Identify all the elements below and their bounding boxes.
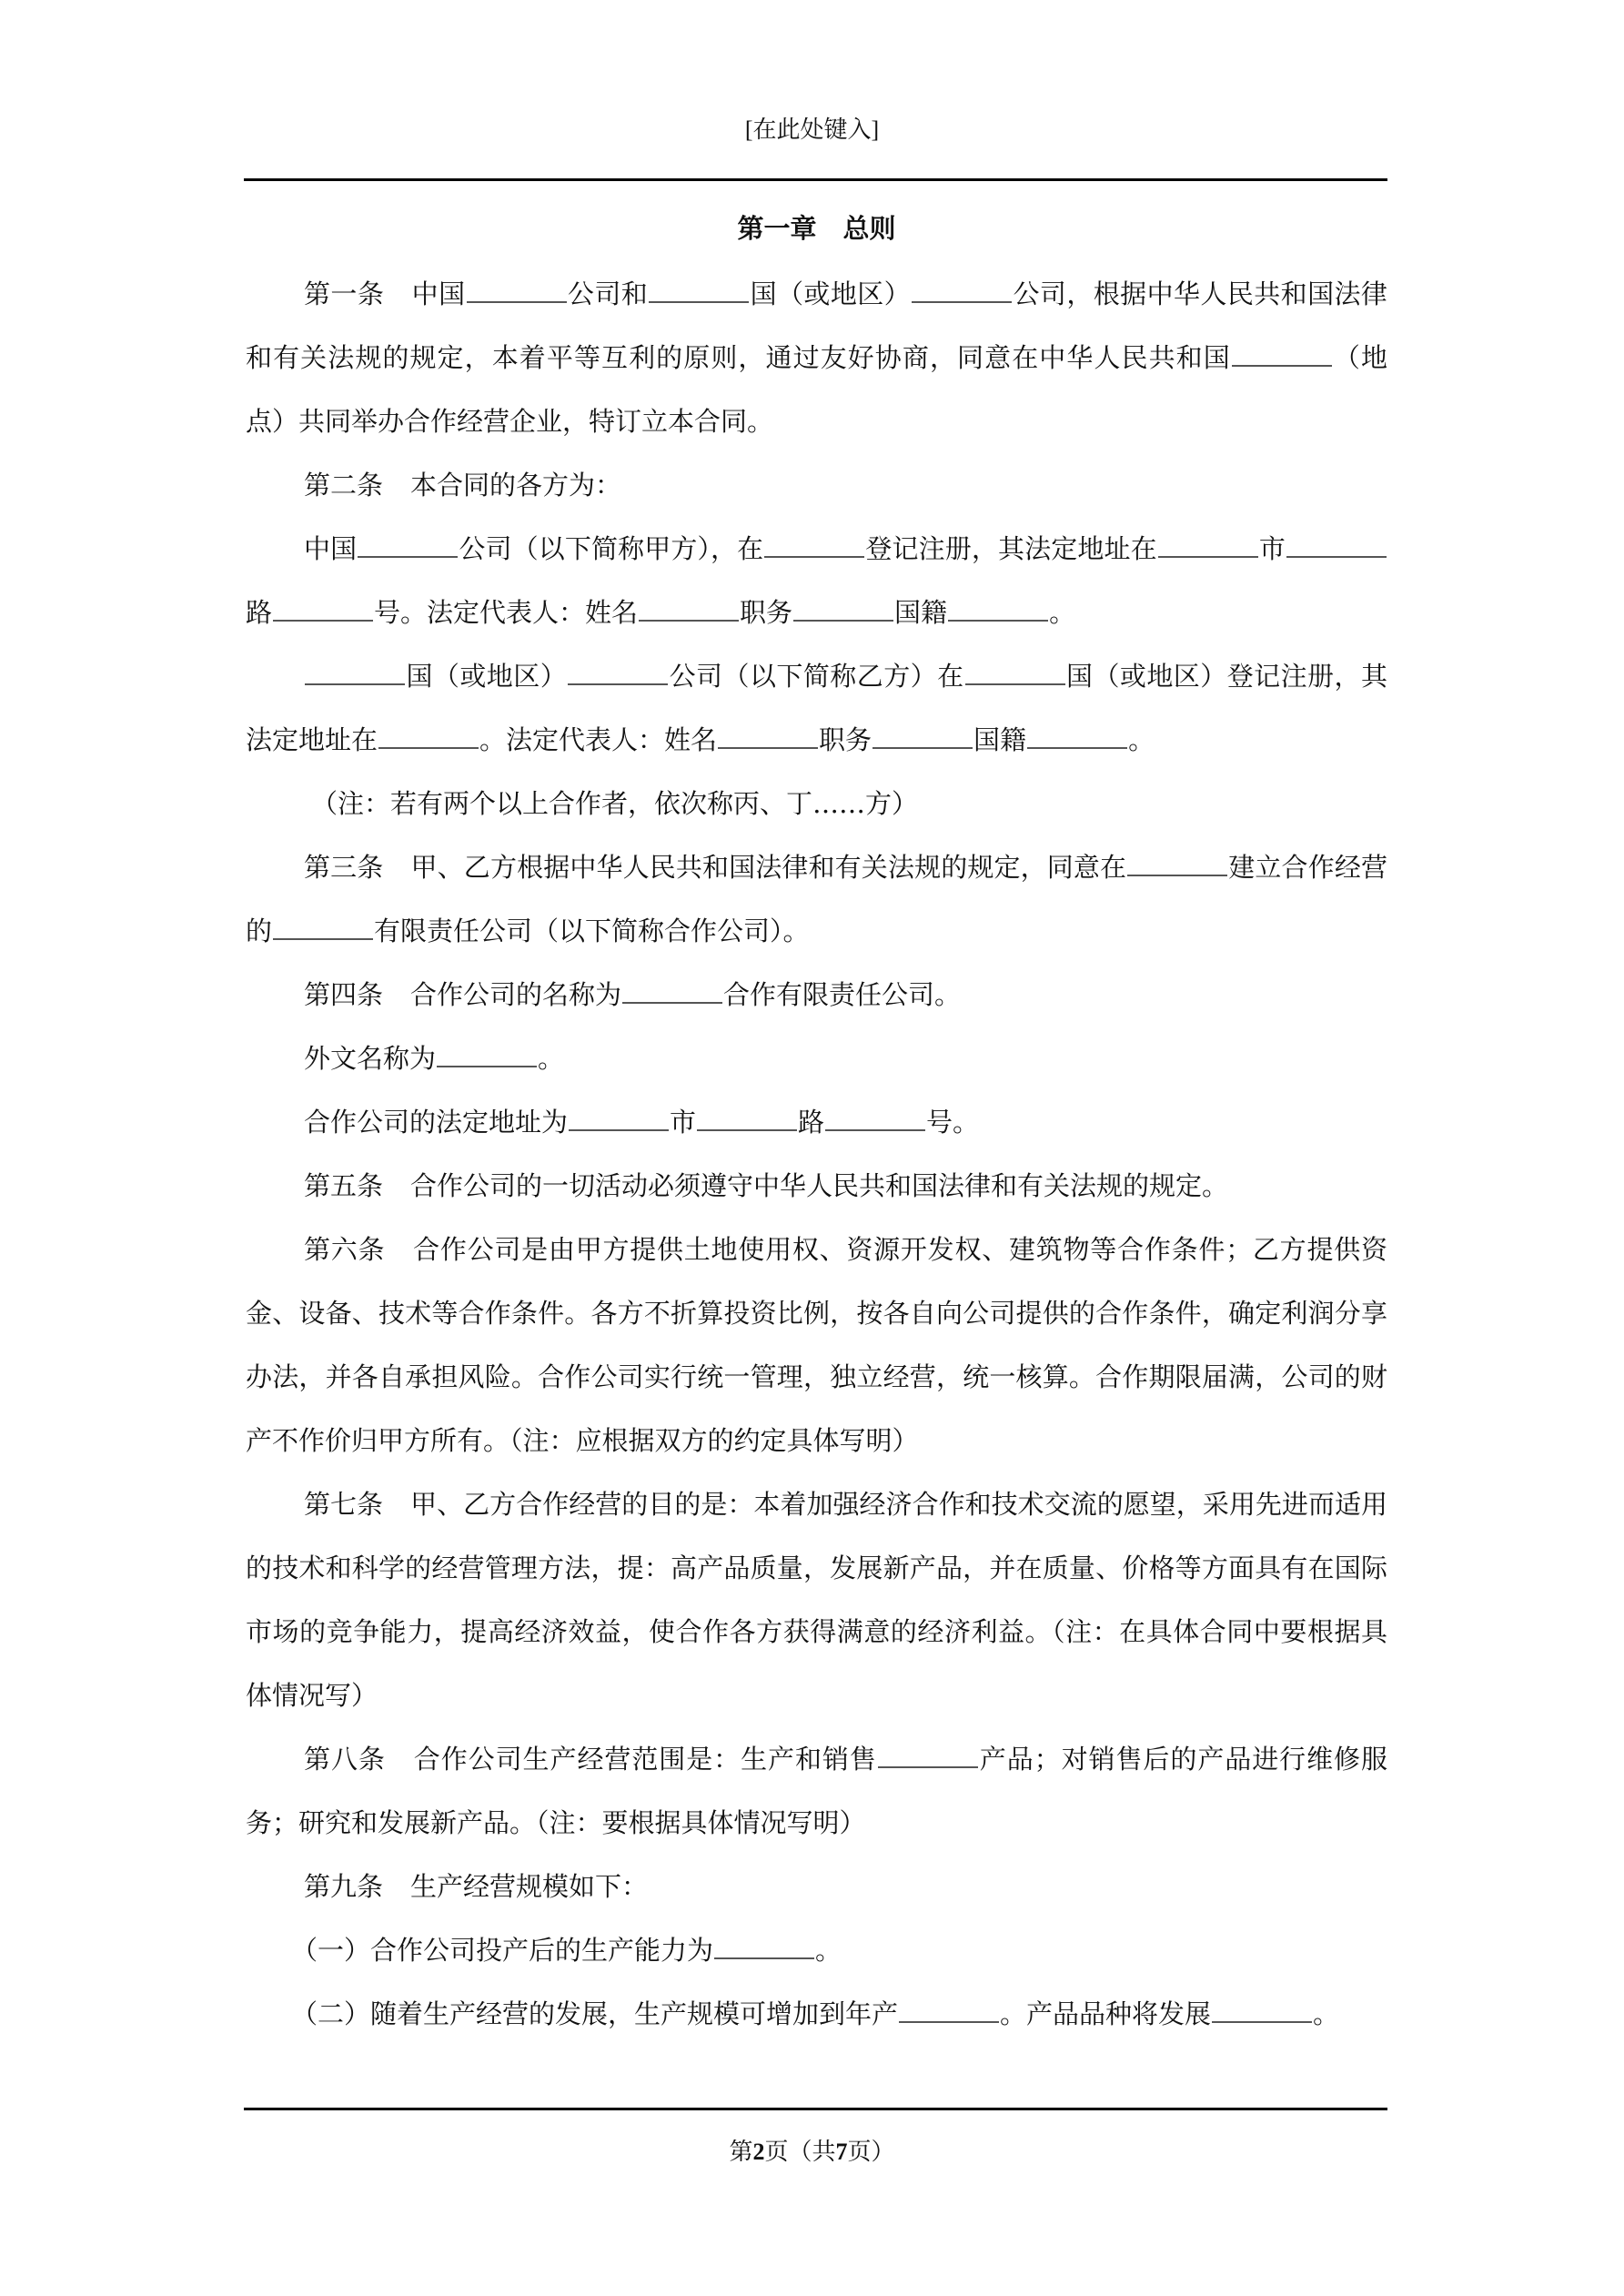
blank-field[interactable] (622, 982, 722, 1004)
blank-field[interactable] (378, 727, 479, 749)
page-footer: 第2页（共7页） (0, 2133, 1624, 2167)
blank-field[interactable] (873, 727, 973, 749)
blank-field[interactable] (569, 1109, 669, 1131)
blank-field[interactable] (649, 281, 749, 303)
page-header: [在此处键入] (0, 111, 1624, 145)
blank-field[interactable] (437, 1046, 537, 1067)
document-body: 第一章 总则 第一条中国公司和国（或地区）公司，根据中华人民共和国法律和有关法规… (246, 207, 1387, 2046)
party-note: （注：若有两个以上合作者，依次称丙、丁……方） (246, 772, 1387, 835)
blank-field[interactable] (1027, 727, 1127, 749)
article-6: 第六条合作公司是由甲方提供土地使用权、资源开发权、建筑物等合作条件；乙方提供资金… (246, 1218, 1387, 1472)
blank-field[interactable] (793, 600, 893, 622)
legal-address: 合作公司的法定地址为市路号。 (246, 1090, 1387, 1154)
blank-field[interactable] (568, 663, 668, 685)
header-rule (244, 178, 1387, 181)
blank-field[interactable] (305, 663, 405, 685)
article-9-item-2: （二）随着生产经营的发展，生产规模可增加到年产。产品品种将发展。 (246, 1982, 1387, 2046)
blank-field[interactable] (697, 1109, 797, 1131)
article-5: 第五条合作公司的一切活动必须遵守中华人民共和国法律和有关法规的规定。 (246, 1154, 1387, 1218)
blank-field[interactable] (1286, 536, 1387, 558)
blank-field[interactable] (467, 281, 567, 303)
blank-field[interactable] (358, 536, 458, 558)
party-a: 中国公司（以下简称甲方），在登记注册，其法定地址在市路号。法定代表人：姓名职务国… (246, 517, 1387, 644)
header-placeholder[interactable]: [在此处键入] (745, 116, 879, 143)
article-1: 第一条中国公司和国（或地区）公司，根据中华人民共和国法律和有关法规的规定，本着平… (246, 262, 1387, 453)
blank-field[interactable] (1232, 345, 1332, 367)
blank-field[interactable] (965, 663, 1065, 685)
blank-field[interactable] (878, 1746, 978, 1768)
article-3: 第三条甲、乙方根据中华人民共和国法律和有关法规的规定，同意在建立合作经营的有限责… (246, 835, 1387, 963)
article-4: 第四条合作公司的名称为合作有限责任公司。 (246, 963, 1387, 1027)
blank-field[interactable] (718, 727, 818, 749)
blank-field[interactable] (714, 1937, 814, 1959)
chapter-title: 第一章 总则 (246, 207, 1387, 262)
article-7: 第七条甲、乙方合作经营的目的是：本着加强经济合作和技术交流的愿望，采用先进而适用… (246, 1472, 1387, 1727)
blank-field[interactable] (912, 281, 1012, 303)
party-b: 国（或地区）公司（以下简称乙方）在国（或地区）登记注册，其法定地址在。法定代表人… (246, 644, 1387, 772)
blank-field[interactable] (1158, 536, 1258, 558)
current-page-number: 2 (752, 2139, 764, 2165)
article-8: 第八条合作公司生产经营范围是：生产和销售产品；对销售后的产品进行维修服务；研究和… (246, 1727, 1387, 1855)
blank-field[interactable] (1127, 855, 1227, 876)
blank-field[interactable] (639, 600, 739, 622)
foreign-name: 外文名称为。 (246, 1027, 1387, 1090)
footer-rule (244, 2108, 1387, 2110)
article-2: 第二条本合同的各方为： (246, 453, 1387, 517)
blank-field[interactable] (273, 918, 373, 940)
blank-field[interactable] (948, 600, 1048, 622)
blank-field[interactable] (825, 1109, 925, 1131)
total-page-count: 7 (836, 2139, 848, 2165)
article-9-item-1: （一）合作公司投产后的生产能力为。 (246, 1918, 1387, 1982)
blank-field[interactable] (273, 600, 373, 622)
blank-field[interactable] (1212, 2001, 1312, 2023)
blank-field[interactable] (899, 2001, 999, 2023)
blank-field[interactable] (764, 536, 864, 558)
article-9: 第九条生产经营规模如下： (246, 1855, 1387, 1918)
